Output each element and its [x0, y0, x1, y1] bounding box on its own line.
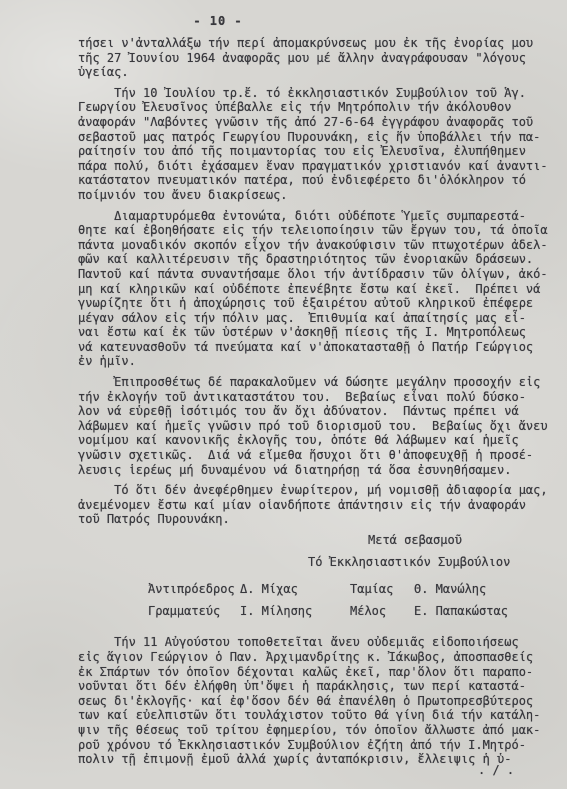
signatory-role: Ἀντιπρόεδρος — [148, 582, 240, 597]
page-number: - 10 - — [178, 14, 258, 28]
signatory-name: Δ. Μίχας — [240, 582, 350, 597]
signature-grid: Ἀντιπρόεδρος Δ. Μίχας Ταμίας Θ. Μανώλης … — [78, 582, 548, 618]
paragraph-protest: Διαμαρτυρόμεθα ἐντονώτα, διότι οὐδέποτε … — [78, 209, 548, 370]
signatory-role: Μέλος — [350, 604, 414, 619]
signatory-name: Θ. Μανώλης — [414, 582, 548, 597]
closing-block: Μετά σεβασμοῦ Τό Ἐκκλησιαστικόν Συμβούλι… — [78, 533, 548, 618]
continuation-mark: . / . — [478, 763, 514, 777]
paragraph-no-indifference: Τό ὅτι δέν ἀνεφέρθημεν ἐνωρίτερον, μή νο… — [78, 483, 548, 527]
signatory-name: Ι. Μίλησης — [240, 604, 350, 619]
closing-salutation: Μετά σεβασμοῦ — [368, 533, 548, 548]
signatory-role: Ταμίας — [350, 582, 414, 597]
paragraph-august-appointment: Τήν 11 Αὐγούστου τοποθετεῖται ἄνευ οὐδεμ… — [78, 635, 548, 766]
paragraph-replacement-request: Ἐπιπροσθέτως δέ παρακαλοῦμεν νά δώσητε μ… — [78, 375, 548, 477]
signatory-role: Γραμματεύς — [148, 604, 240, 619]
scanned-document-page: - 10 - τήσει ν'ἀνταλλάξω τήν περί ἀπομακ… — [0, 0, 567, 789]
paragraph-continuation: τήσει ν'ἀνταλλάξω τήν περί ἀπομακρύνσεως… — [78, 36, 548, 80]
signatory-name: Ε. Παπακώστας — [414, 604, 548, 619]
paragraph-council-report: Τήν 10 Ἰουλίου τρ.ἔ. τό ἐκκλησιαστικόν Σ… — [78, 86, 548, 203]
closing-council-name: Τό Ἐκκλησιαστικόν Συμβούλιον — [308, 555, 548, 570]
document-body: τήσει ν'ἀνταλλάξω τήν περί ἀπομακρύνσεως… — [78, 36, 548, 767]
